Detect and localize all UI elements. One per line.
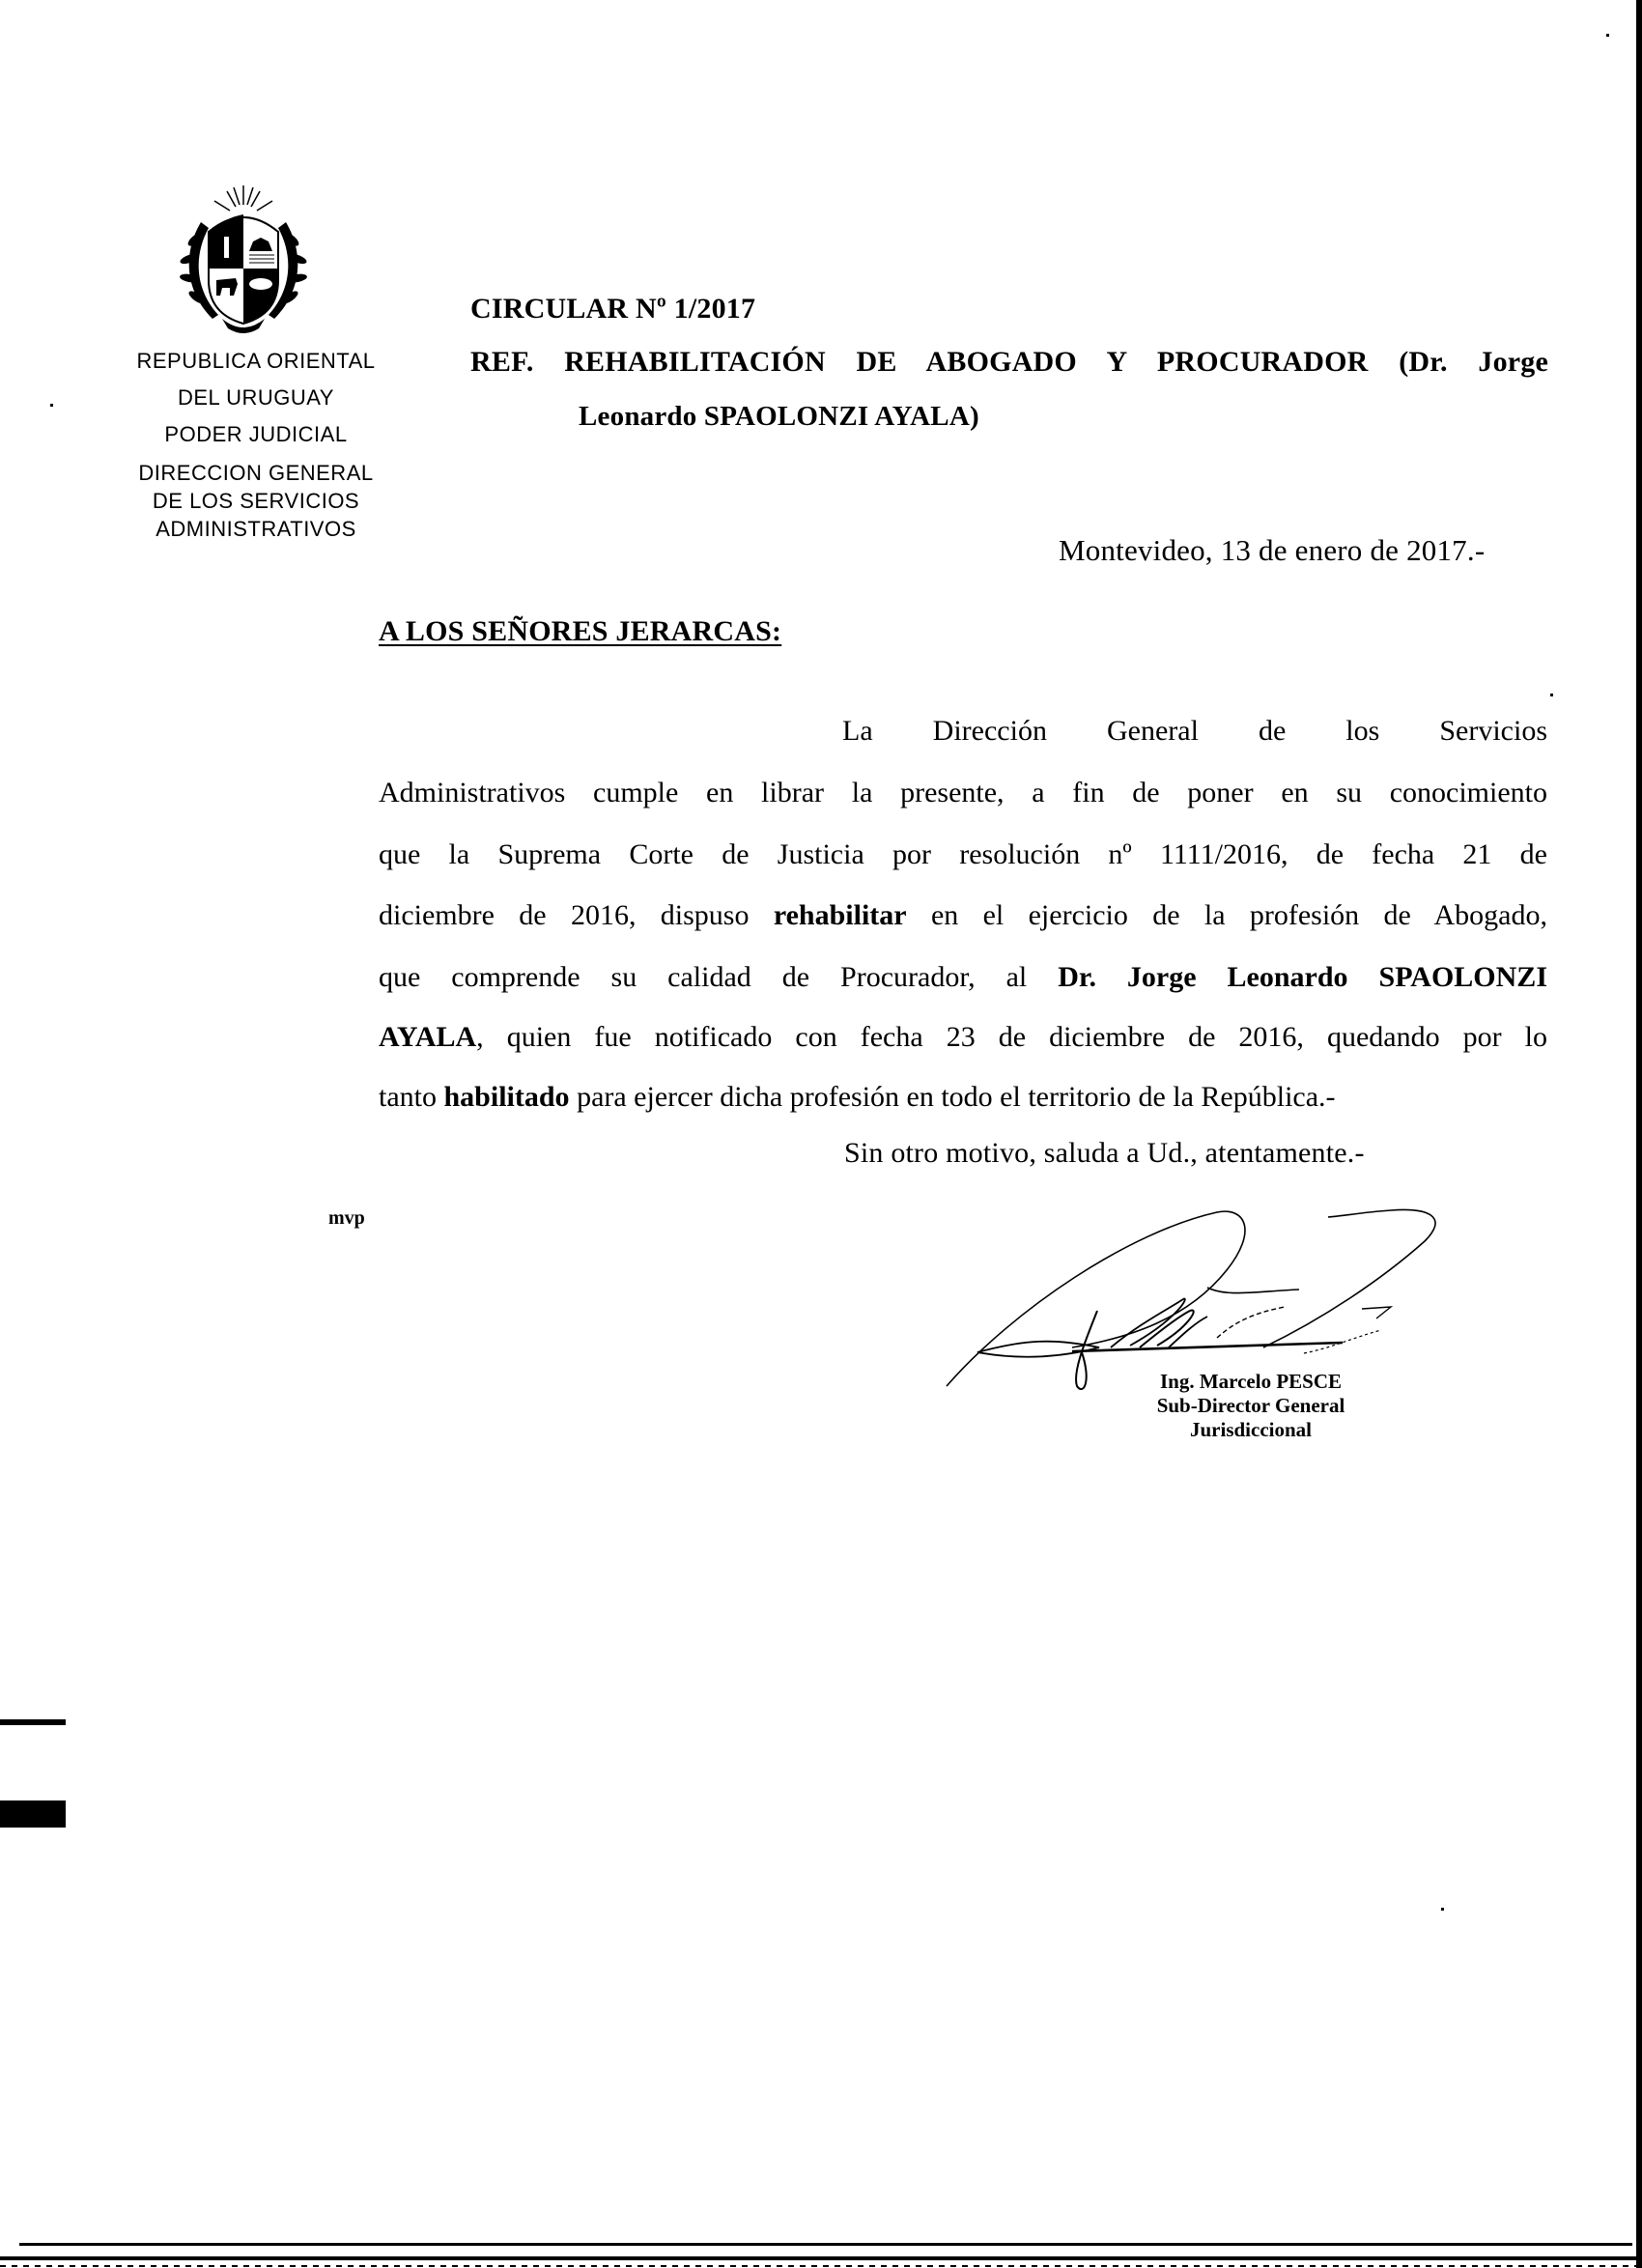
typist-initials: mvp <box>328 1207 365 1230</box>
emphasis-surname: AYALA <box>379 1021 476 1053</box>
scan-mark <box>0 1719 66 1725</box>
scan-border-bottom <box>0 2256 1642 2260</box>
body-line: que comprende su calidad de Procurador, … <box>379 963 1547 992</box>
body-line: Administrativos cumple en librar la pres… <box>379 779 1547 808</box>
date-line: Montevideo, 13 de enero de 2017.- <box>1059 533 1485 568</box>
scan-speck <box>1441 1908 1444 1911</box>
body-line: AYALA, quien fue notificado con fecha 23… <box>379 1023 1547 1052</box>
scan-speck <box>1606 34 1609 37</box>
body-line: diciembre de 2016, dispuso rehabilitar e… <box>379 901 1547 930</box>
letterhead-line: PODER JUDICIAL <box>116 424 396 445</box>
body-text: , quien fue notificado con fecha 23 de d… <box>476 1021 1547 1053</box>
scan-border-bottom <box>19 2243 1632 2246</box>
reference-line: REF. REHABILITACIÓN DE ABOGADO Y PROCURA… <box>470 346 1548 379</box>
letterhead: REPUBLICA ORIENTAL DEL URUGUAY PODER JUD… <box>116 0 396 580</box>
scan-speck <box>1550 694 1553 696</box>
salutation: A LOS SEÑORES JERARCAS: <box>379 615 781 648</box>
body-text: que comprende su calidad de Procurador, … <box>379 961 1058 993</box>
body-line: que la Suprema Corte de Justicia por res… <box>379 840 1547 869</box>
body-text: diciembre de 2016, dispuso <box>379 899 774 931</box>
letterhead-line: ADMINISTRATIVOS <box>116 519 396 540</box>
closing-line: Sin otro motivo, saluda a Ud., atentamen… <box>844 1137 1365 1170</box>
body-text: tanto <box>379 1081 444 1113</box>
body-line: tanto habilitado para ejercer dicha prof… <box>379 1083 1547 1112</box>
emphasis-rehabilitar: rehabilitar <box>774 899 907 931</box>
circular-number: CIRCULAR Nº 1/2017 <box>470 293 755 326</box>
scan-mark <box>0 1800 66 1828</box>
signatory-area: Jurisdiccional <box>1111 1418 1391 1442</box>
letterhead-line: DEL URUGUAY <box>116 387 396 409</box>
signatory-block: Ing. Marcelo PESCE Sub-Director General … <box>1111 1370 1391 1443</box>
letterhead-line: DE LOS SERVICIOS <box>116 491 396 512</box>
handwritten-signature <box>937 1193 1613 1396</box>
emphasis-habilitado: habilitado <box>444 1081 570 1113</box>
reference-line-continued: Leonardo SPAOLONZI AYALA) <box>579 401 979 433</box>
scan-border-bottom <box>0 2265 1642 2267</box>
letterhead-line: REPUBLICA ORIENTAL <box>116 351 396 372</box>
body-text: en el ejercicio de la profesión de Aboga… <box>907 899 1547 931</box>
body-text: para ejercer dicha profesión en todo el … <box>570 1081 1336 1113</box>
signatory-name: Ing. Marcelo PESCE <box>1111 1370 1391 1394</box>
signatory-title: Sub-Director General <box>1111 1394 1391 1418</box>
body-line: La Dirección General de los Servicios <box>842 717 1547 746</box>
letterhead-line: DIRECCION GENERAL <box>116 463 396 484</box>
emphasis-name: Dr. Jorge Leonardo SPAOLONZI <box>1058 961 1547 993</box>
scan-speck <box>50 404 53 407</box>
scan-border-right <box>1636 0 1642 2268</box>
